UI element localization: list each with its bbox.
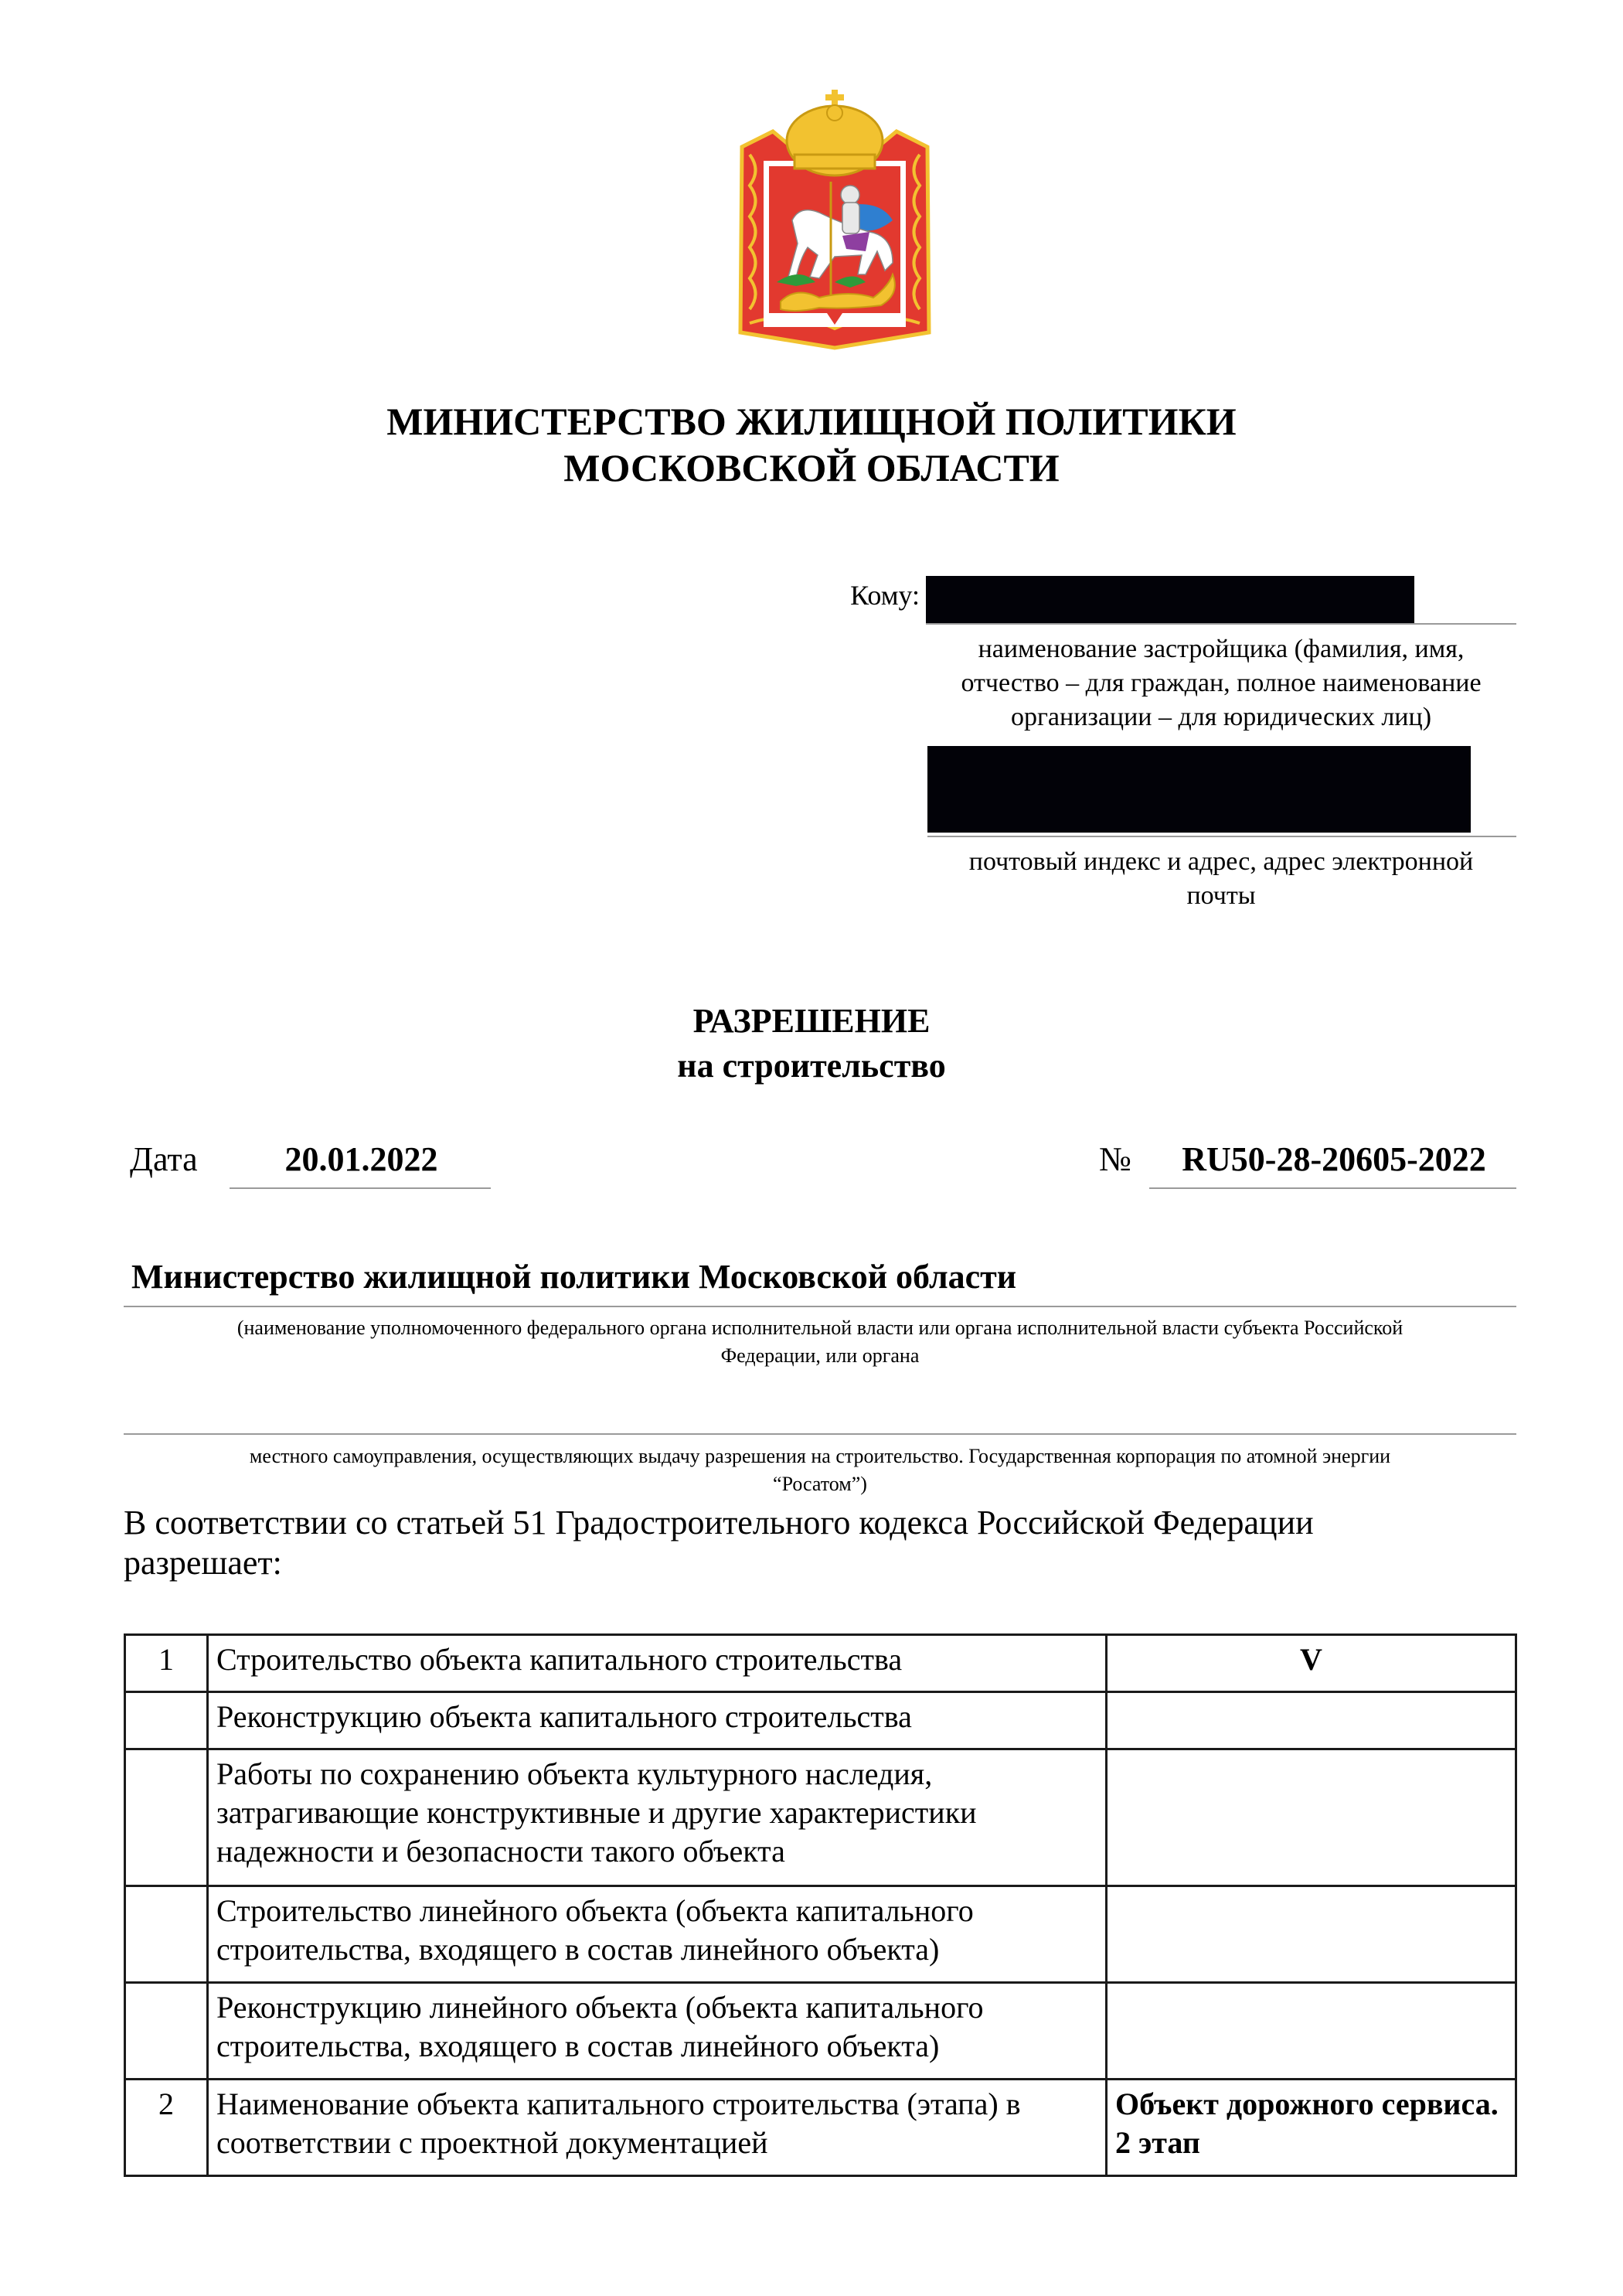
row-value — [1107, 1983, 1516, 2080]
table-row: Строительство линейного объекта (объекта… — [125, 1886, 1516, 1983]
permit-title: РАЗРЕШЕНИЕ — [0, 999, 1623, 1044]
ministry-header-line2: МОСКОВСКОЙ ОБЛАСТИ — [0, 445, 1623, 491]
ministry-header-line1: МИНИСТЕРСТВО ЖИЛИЩНОЙ ПОЛИТИКИ — [0, 398, 1623, 445]
row-number: 1 — [125, 1635, 208, 1692]
object-name-value: Объект дорожного сервиса. 2 этап — [1107, 2080, 1516, 2176]
row-number — [125, 1749, 208, 1886]
permit-subtitle: на строительство — [0, 1044, 1623, 1088]
authority-underline — [124, 1306, 1516, 1307]
coat-of-arms-emblem — [726, 77, 943, 356]
row-number — [125, 1886, 208, 1983]
issuing-authority: Министерство жилищной политики Московско… — [131, 1254, 1016, 1300]
row-number: 2 — [125, 2080, 208, 2176]
table-row: Реконструкцию линейного объекта (объекта… — [125, 1983, 1516, 2080]
authority-underline-2 — [124, 1433, 1516, 1435]
date-value: 20.01.2022 — [232, 1136, 491, 1183]
recipient-address-underline — [927, 836, 1516, 837]
number-sign: № — [1099, 1136, 1131, 1183]
recipient-name-underline — [926, 623, 1516, 625]
row-value — [1107, 1692, 1516, 1749]
permit-table: 1 Строительство объекта капитального стр… — [124, 1633, 1517, 2177]
row-description: Реконструкцию линейного объекта (объекта… — [208, 1983, 1107, 2080]
authority-caption-1: (наименование уполномоченного федерально… — [124, 1314, 1516, 1370]
authority-caption-2: местного самоуправления, осуществляющих … — [124, 1443, 1516, 1498]
row-value-checkmark: V — [1107, 1635, 1516, 1692]
row-description: Реконструкцию объекта капитального строи… — [208, 1692, 1107, 1749]
number-underline — [1149, 1187, 1516, 1189]
recipient-address-caption: почтовый индекс и адрес, адрес электронн… — [920, 845, 1523, 913]
table-row: 1 Строительство объекта капитального стр… — [125, 1635, 1516, 1692]
permit-number: RU50-28-20605-2022 — [1152, 1136, 1516, 1183]
table-row: Реконструкцию объекта капитального строи… — [125, 1692, 1516, 1749]
table-row: 2 Наименование объекта капитального стро… — [125, 2080, 1516, 2176]
row-description: Работы по сохранению объекта культурного… — [208, 1749, 1107, 1886]
row-description: Наименование объекта капитального строит… — [208, 2080, 1107, 2176]
row-value — [1107, 1749, 1516, 1886]
row-description: Строительство линейного объекта (объекта… — [208, 1886, 1107, 1983]
table-row: Работы по сохранению объекта культурного… — [125, 1749, 1516, 1886]
date-label: Дата — [130, 1136, 198, 1183]
row-number — [125, 1692, 208, 1749]
recipient-address-redacted — [927, 746, 1471, 833]
body-paragraph: В соответствии со статьей 51 Градостроит… — [124, 1503, 1516, 1583]
row-value — [1107, 1886, 1516, 1983]
date-underline — [230, 1187, 491, 1189]
row-number — [125, 1983, 208, 2080]
recipient-name-redacted — [926, 576, 1414, 624]
recipient-name-caption: наименование застройщика (фамилия, имя, … — [920, 632, 1523, 734]
recipient-label: Кому: — [804, 576, 920, 615]
row-description: Строительство объекта капитального строи… — [208, 1635, 1107, 1692]
